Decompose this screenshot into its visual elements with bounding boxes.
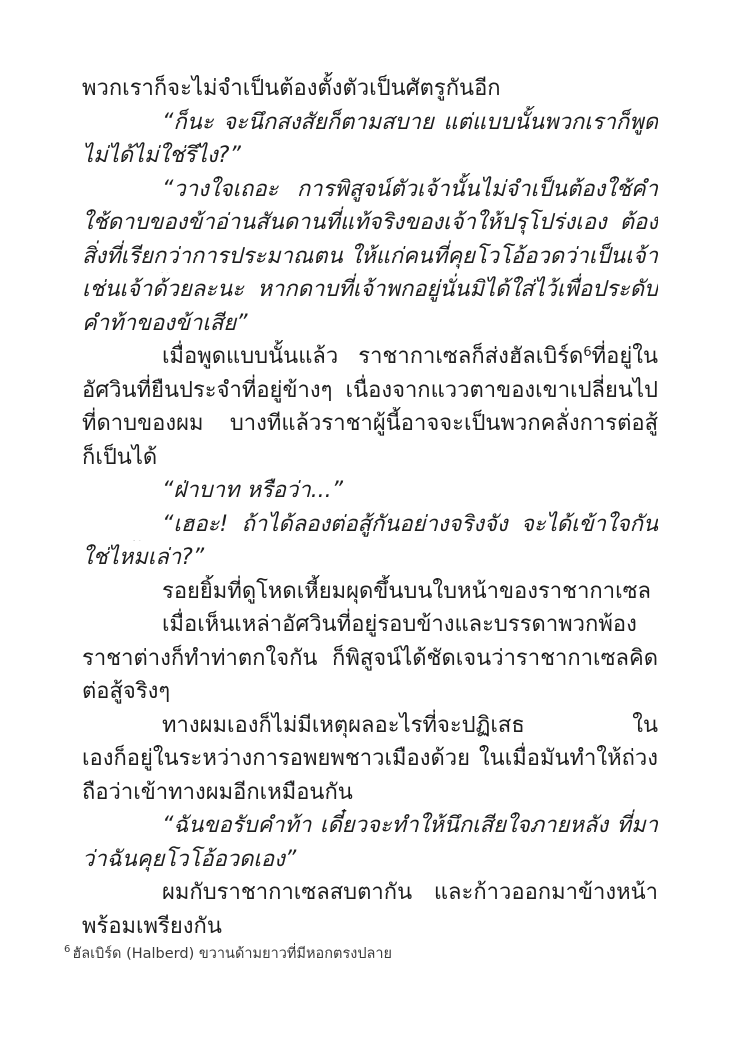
paragraph: พวกเราก็จะไม่จำเป็นต้องตั้งตัวเป็นศัตรูก… bbox=[82, 72, 658, 106]
text-line: “ก็นะ จะนึกสงสัยก็ตามสบาย แต่แบบนั้นพวกเ… bbox=[82, 106, 658, 140]
text-line: เองก็อยู่ในระหว่างการอพยพชาวเมืองด้วย ใน… bbox=[82, 742, 658, 776]
book-page: พวกเราก็จะไม่จำเป็นต้องตั้งตัวเป็นศัตรูก… bbox=[0, 0, 738, 1051]
text-line: สิ่งที่เรียกว่าการประมาณตน ให้แก่คนที่คุ… bbox=[82, 240, 658, 274]
text-line: เมื่อเห็นเหล่าอัศวินที่อยู่รอบข้างและบรร… bbox=[82, 608, 658, 642]
text-line: “ฝ่าบาท หรือว่า...” bbox=[82, 474, 658, 508]
footnote-ref: 6 bbox=[583, 345, 591, 360]
paragraph: “ฉันขอรับคำท้า เดี๋ยวจะทำให้นึกเสียใจภาย… bbox=[82, 809, 658, 876]
text-line: ใช่ไหมเล่า?” bbox=[82, 541, 658, 575]
text-line: ที่ดาบของผม บางทีแล้วราชาผู้นี้อาจจะเป็น… bbox=[82, 407, 658, 441]
text-line: รอยยิ้มที่ดูโหดเหี้ยมผุดขึ้นบนใบหน้าของร… bbox=[82, 575, 658, 609]
text-line: ต่อสู้จริงๆ bbox=[82, 675, 658, 709]
text-line: เช่นเจ้าด้วยละนะ หากดาบที่เจ้าพกอยู่นั่น… bbox=[82, 273, 658, 307]
text-block: พวกเราก็จะไม่จำเป็นต้องตั้งตัวเป็นศัตรูก… bbox=[82, 72, 658, 943]
text-segment: เมื่อพูดแบบนั้นแล้ว ราชากาเซลก็ส่งฮัลเบิ… bbox=[162, 344, 583, 369]
text-line: พวกเราก็จะไม่จำเป็นต้องตั้งตัวเป็นศัตรูก… bbox=[82, 72, 658, 106]
text-line: “เฮอะ! ถ้าได้ลองต่อสู้กันอย่างจริงจัง จะ… bbox=[82, 508, 658, 542]
text-line: ราชาต่างก็ทำท่าตกใจกัน ก็พิสูจน์ได้ชัดเจ… bbox=[82, 642, 658, 676]
paragraph: “ก็นะ จะนึกสงสัยก็ตามสบาย แต่แบบนั้นพวกเ… bbox=[82, 106, 658, 173]
text-line: ว่าฉันคุยโวโอ้อวดเอง” bbox=[82, 843, 658, 877]
text-line: คำท้าของข้าเสีย” bbox=[82, 307, 658, 341]
footnote-text: ฮัลเบิร์ด (Halberd) ขวานด้ามยาวที่มีหอกต… bbox=[72, 946, 392, 962]
text-line: “วางใจเถอะ การพิสูจน์ตัวเจ้านั้นไม่จำเป็… bbox=[82, 173, 658, 207]
text-line: พร้อมเพรียงกัน bbox=[82, 910, 658, 944]
text-line: “ฉันขอรับคำท้า เดี๋ยวจะทำให้นึกเสียใจภาย… bbox=[82, 809, 658, 843]
text-line: ก็เป็นได้ bbox=[82, 441, 658, 475]
text-line: ถือว่าเข้าทางผมอีกเหมือนกัน bbox=[82, 776, 658, 810]
text-line: ใช้ดาบของข้าอ่านสันดานที่แท้จริงของเจ้าใ… bbox=[82, 206, 658, 240]
paragraph: “ฝ่าบาท หรือว่า...” bbox=[82, 474, 658, 508]
paragraph: รอยยิ้มที่ดูโหดเหี้ยมผุดขึ้นบนใบหน้าของร… bbox=[82, 575, 658, 609]
text-line: ผมกับราชากาเซลสบตากัน และก้าวออกมาข้างหน… bbox=[82, 876, 658, 910]
footnote: 6ฮัลเบิร์ด (Halberd) ขวานด้ามยาวที่มีหอก… bbox=[64, 944, 392, 964]
paragraph: ทางผมเองก็ไม่มีเหตุผลอะไรที่จะปฏิเสธ ในส… bbox=[82, 709, 658, 810]
text-line: ทางผมเองก็ไม่มีเหตุผลอะไรที่จะปฏิเสธ ในส… bbox=[82, 709, 658, 743]
paragraph: “เฮอะ! ถ้าได้ลองต่อสู้กันอย่างจริงจัง จะ… bbox=[82, 508, 658, 575]
paragraph: “วางใจเถอะ การพิสูจน์ตัวเจ้านั้นไม่จำเป็… bbox=[82, 173, 658, 341]
text-line: อัศวินที่ยืนประจำที่อยู่ข้างๆ เนื่องจากแ… bbox=[82, 374, 658, 408]
paragraph: เมื่อพูดแบบนั้นแล้ว ราชากาเซลก็ส่งฮัลเบิ… bbox=[82, 340, 658, 474]
paragraph: เมื่อเห็นเหล่าอัศวินที่อยู่รอบข้างและบรร… bbox=[82, 608, 658, 709]
text-line: เมื่อพูดแบบนั้นแล้ว ราชากาเซลก็ส่งฮัลเบิ… bbox=[82, 340, 658, 374]
paragraph: ผมกับราชากาเซลสบตากัน และก้าวออกมาข้างหน… bbox=[82, 876, 658, 943]
text-line: ไม่ได้ไม่ใช่รึไง?” bbox=[82, 139, 658, 173]
footnote-marker: 6 bbox=[64, 944, 70, 955]
